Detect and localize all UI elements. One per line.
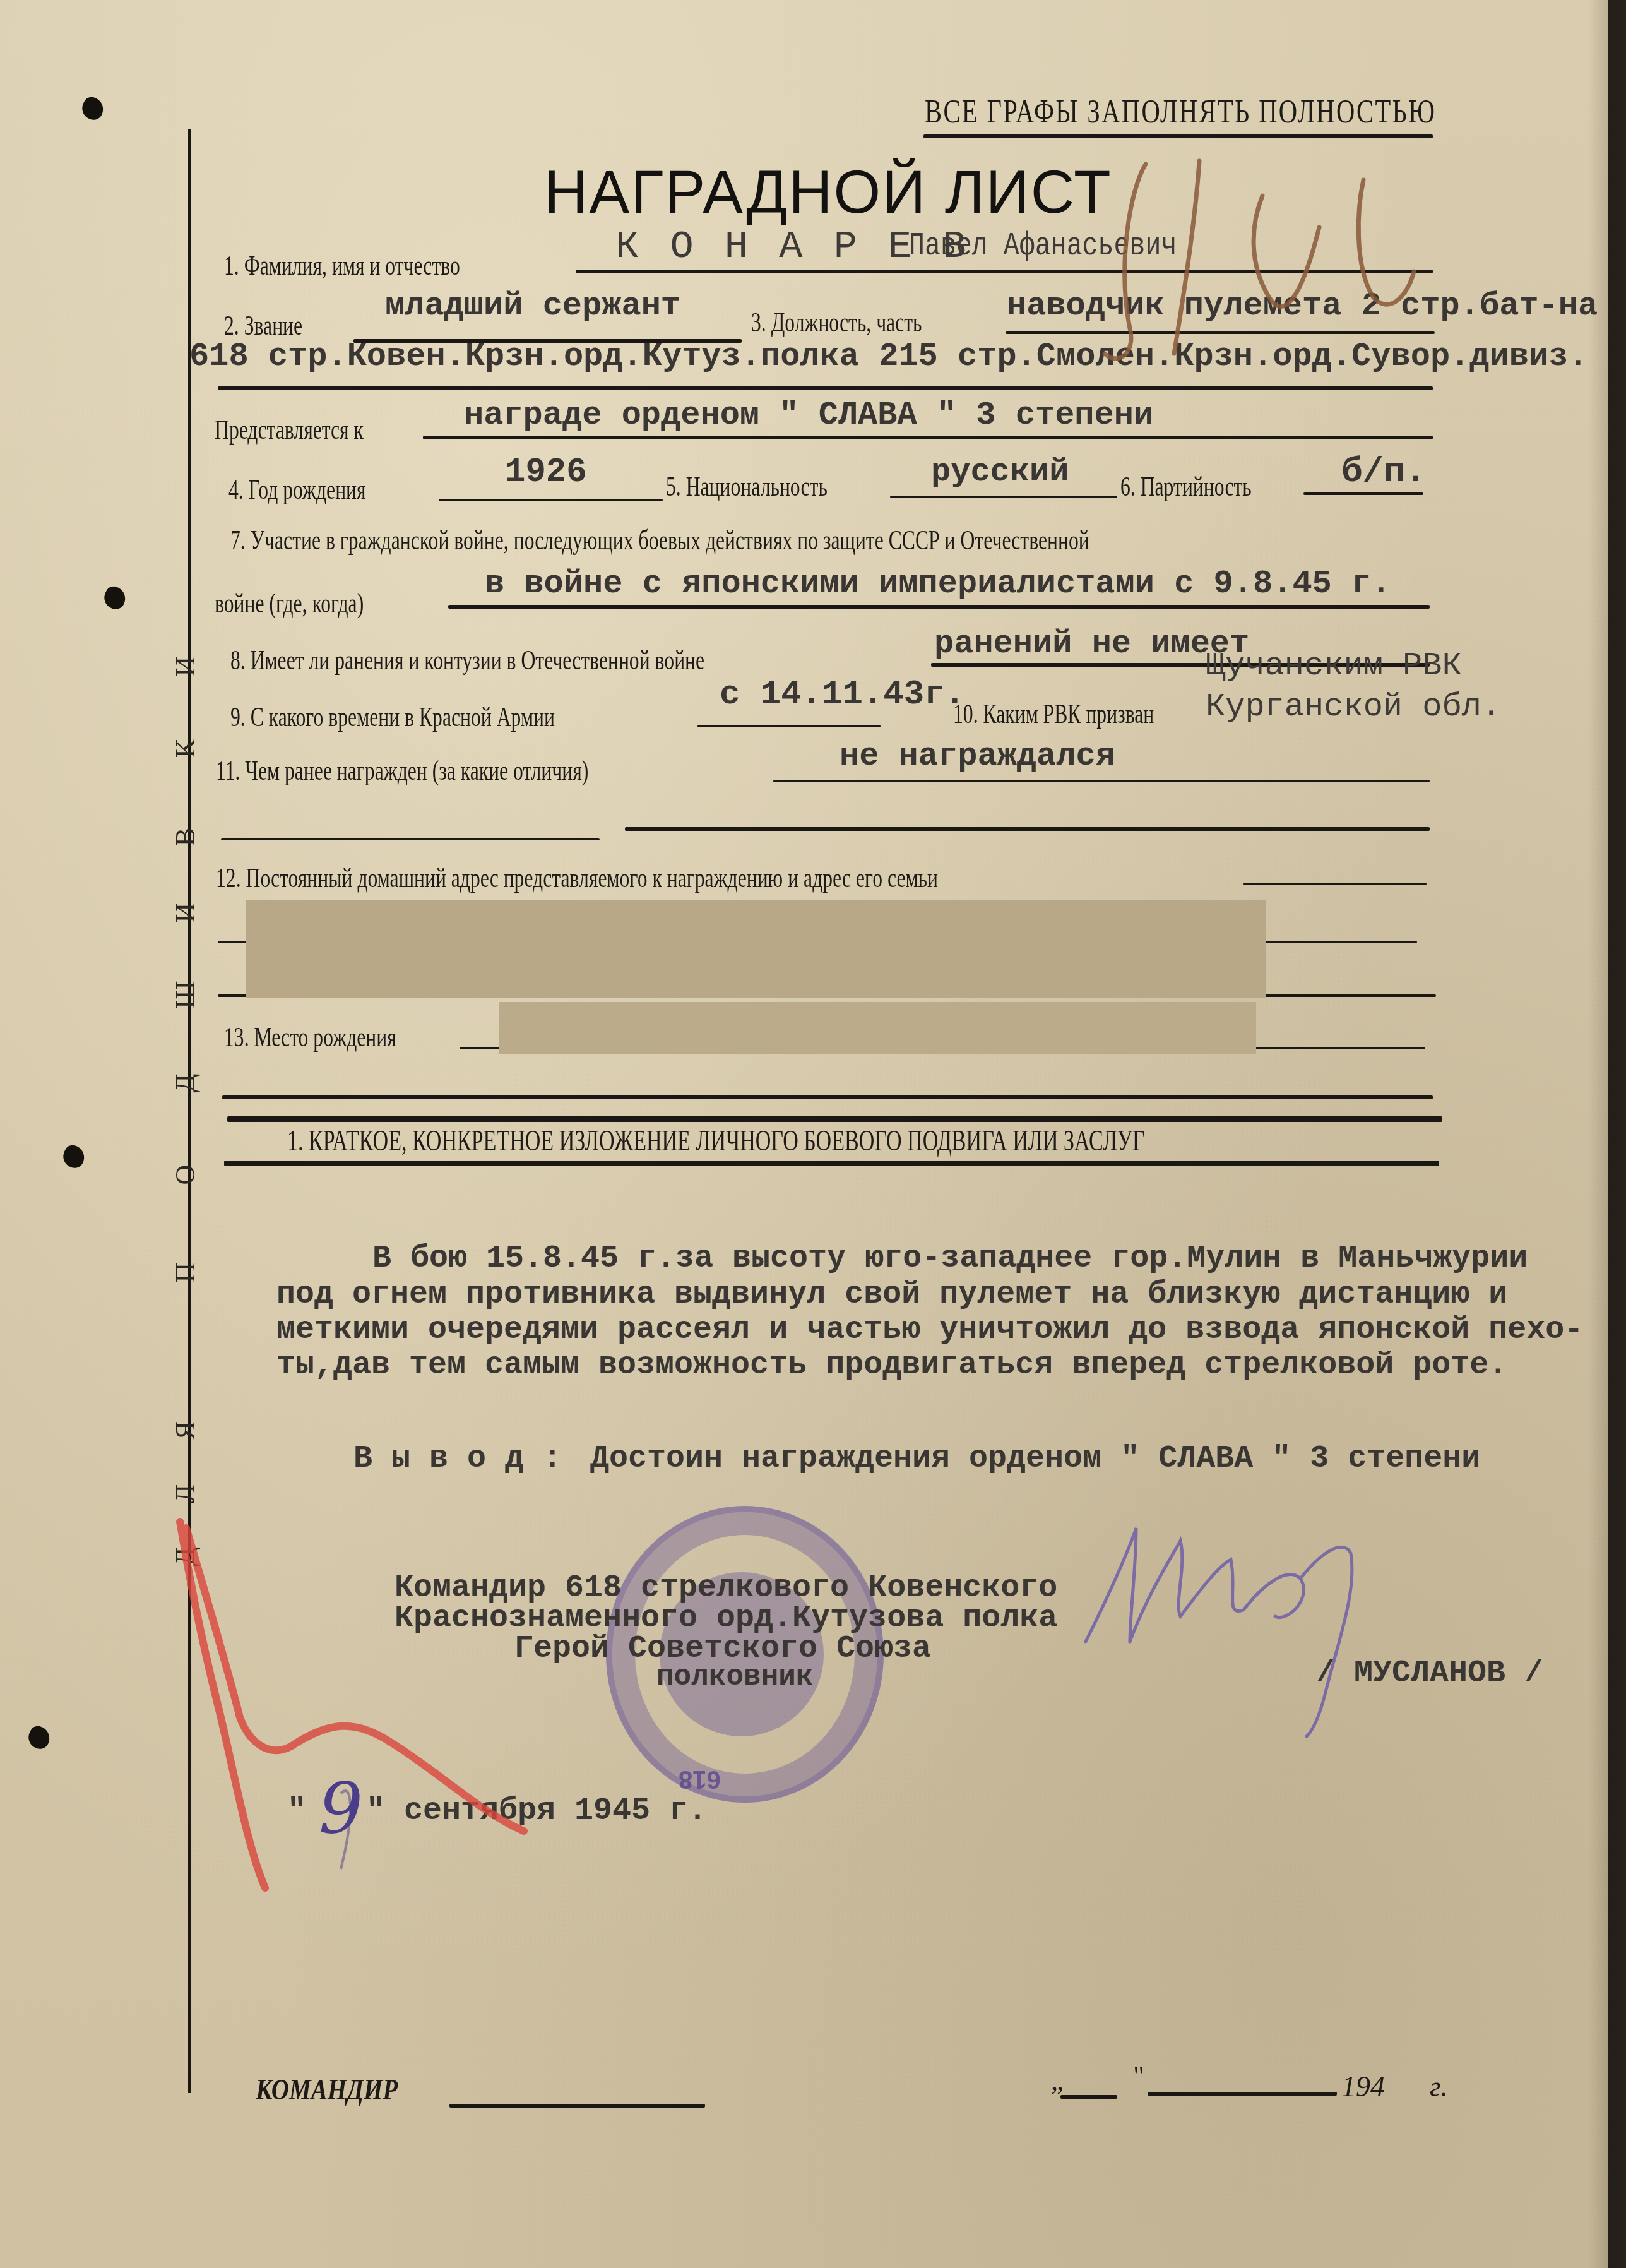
margin-letter: Д xyxy=(169,1068,201,1099)
field-7-label-line-2: войне (где, когда) xyxy=(215,587,364,619)
field-11-label: 11. Чем ранее награжден (за какие отличи… xyxy=(216,755,588,787)
field-3-position-value: наводчик пулемета 2 стр.бат-на xyxy=(1007,287,1598,325)
award-line xyxy=(423,436,1433,439)
footer-year-prefix: 194 xyxy=(1341,2070,1385,2103)
field-2-rank-value: младший сержант xyxy=(385,287,680,325)
margin-letter: Д xyxy=(169,1541,201,1573)
date-quote-open: " xyxy=(287,1793,306,1829)
feat-description-line-2: под огнем противника выдвинул свой пулем… xyxy=(276,1277,1507,1313)
field-1-line xyxy=(576,270,1433,273)
field-12-label: 12. Постоянный домашний адрес представля… xyxy=(216,862,938,894)
feat-description-line-4: ты,дав тем самым возможность продвигатьс… xyxy=(276,1347,1507,1383)
field-3-line xyxy=(1006,331,1435,334)
margin-letter: К xyxy=(169,733,201,765)
field-11-line-2-right xyxy=(625,827,1430,831)
signatory-name: / МУСЛАНОВ / xyxy=(1316,1656,1543,1692)
margin-letter: О xyxy=(169,1159,201,1191)
footer-commander-line xyxy=(449,2104,705,2108)
conclusion-label: В ы в о д : xyxy=(353,1441,562,1477)
page-edge xyxy=(1588,0,1626,2268)
field-6-party-value: б/п. xyxy=(1341,451,1426,492)
header-note: ВСЕ ГРАФЫ ЗАПОЛНЯТЬ ПОЛНОСТЬЮ xyxy=(925,93,1436,131)
award-value: награде орденом " СЛАВА " 3 степени xyxy=(464,397,1153,434)
field-4-line xyxy=(439,499,663,501)
footer-quote-open: „ xyxy=(1051,2065,1064,2097)
field-7-line xyxy=(448,605,1430,609)
footer-day-line xyxy=(1060,2095,1117,2099)
seal-number: 618 xyxy=(679,1765,721,1793)
header-underline xyxy=(923,134,1433,138)
margin-letter: Я xyxy=(169,1415,201,1447)
field-8-wounds-value: ранений не имеет xyxy=(934,625,1249,662)
field-5-line xyxy=(890,496,1117,498)
field-2-label: 2. Звание xyxy=(224,309,302,342)
separator-line xyxy=(222,1095,1433,1099)
feat-description-line-1: В бою 15.8.45 г.за высоту юго-западнее г… xyxy=(372,1241,1528,1277)
date-text: " сентября 1945 г. xyxy=(366,1793,707,1829)
section-bottom-rule xyxy=(224,1161,1439,1166)
field-11-line xyxy=(773,780,1430,782)
margin-letter: П xyxy=(169,1257,201,1289)
field-6-label: 6. Партийность xyxy=(1120,470,1252,503)
field-11-previous-awards-value: не награждался xyxy=(840,737,1115,775)
field-4-birth-year-value: 1926 xyxy=(505,453,587,492)
page-title: НАГРАДНОЙ ЛИСТ xyxy=(544,158,1112,227)
section-top-rule xyxy=(227,1116,1442,1122)
field-7-label-line-1: 7. Участие в гражданской войне, последую… xyxy=(230,524,1089,556)
field-9-line xyxy=(697,725,881,727)
field-9-service-since-value: с 14.11.43г. xyxy=(720,676,965,714)
field-4-label: 4. Год рождения xyxy=(228,474,366,506)
footer-quote-close: " xyxy=(1133,2060,1144,2092)
field-11-line-2-left xyxy=(221,838,600,840)
field-10-rvk-value-line-2: Курганской обл. xyxy=(1206,688,1501,725)
signatory-line-4: полковник xyxy=(656,1661,813,1693)
date-day-handwritten: 9 xyxy=(319,1768,363,1849)
field-1-given-names: Павел Афанасьевич xyxy=(909,227,1177,265)
field-12-line xyxy=(1243,883,1427,885)
field-7-value: в войне с японскими империалистами с 9.8… xyxy=(485,565,1391,602)
redacted-address xyxy=(246,900,1266,998)
footer-year-suffix: г. xyxy=(1430,2070,1448,2103)
margin-letter: Ш xyxy=(169,979,201,1011)
field-1-label: 1. Фамилия, имя и отчество xyxy=(224,249,460,282)
feat-description-line-3: меткими очередями рассеял и частью уничт… xyxy=(276,1312,1583,1348)
field-9-label: 9. С какого времени в Красной Армии xyxy=(230,701,555,733)
field-3-label: 3. Должность, часть xyxy=(751,306,922,338)
field-5-label: 5. Национальность xyxy=(666,470,828,503)
field-6-line xyxy=(1303,492,1423,495)
award-label: Представляется к xyxy=(215,414,364,446)
field-3-unit-value: 618 стр.Ковен.Крзн.орд.Кутуз.полка 215 с… xyxy=(189,338,1588,375)
field-10-rvk-value-line-1: Щучанским РВК xyxy=(1206,647,1462,684)
conclusion-text: Достоин награждения орденом " СЛАВА " 3 … xyxy=(590,1441,1480,1477)
binding-margin-line xyxy=(188,129,191,2093)
section-heading: 1. КРАТКОЕ, КОНКРЕТНОЕ ИЗЛОЖЕНИЕ ЛИЧНОГО… xyxy=(287,1124,1145,1157)
field-8-label: 8. Имеет ли ранения и контузии в Отечест… xyxy=(230,644,704,676)
field-5-nationality-value: русский xyxy=(931,453,1069,491)
field-3-line-2 xyxy=(218,386,1433,390)
field-10-label: 10. Каким РВК призван xyxy=(953,698,1154,730)
margin-letter: И xyxy=(169,897,201,929)
margin-letter: И xyxy=(169,651,201,683)
margin-letter: В xyxy=(169,821,201,853)
redacted-birthplace xyxy=(499,1002,1256,1054)
margin-letter: Л xyxy=(169,1478,201,1510)
field-13-label: 13. Место рождения xyxy=(224,1021,396,1053)
footer-month-line xyxy=(1148,2092,1337,2096)
footer-commander-label: КОМАНДИР xyxy=(256,2073,398,2106)
